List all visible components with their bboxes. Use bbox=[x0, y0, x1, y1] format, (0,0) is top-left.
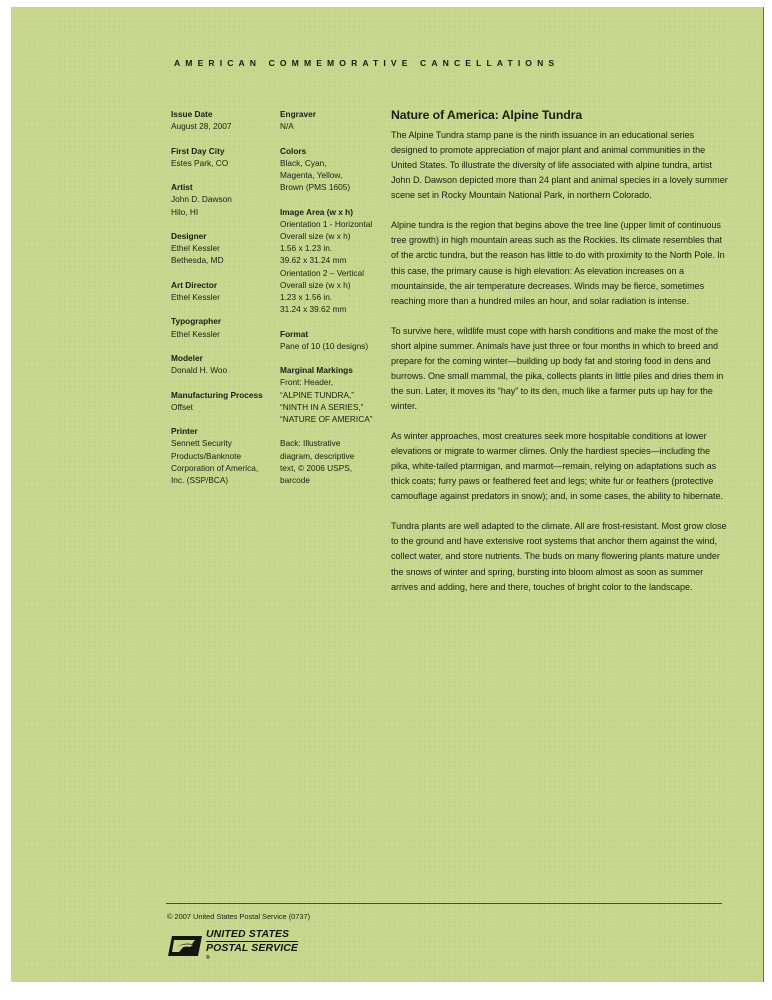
detail-value: Black, Cyan, Magenta, Yellow, Brown (PMS… bbox=[280, 157, 392, 194]
detail-field: DesignerEthel Kessler Bethesda, MD bbox=[171, 230, 279, 267]
footer-divider bbox=[166, 903, 722, 904]
detail-label: Modeler bbox=[171, 352, 279, 364]
details-column-middle: EngraverN/AColorsBlack, Cyan, Magenta, Y… bbox=[280, 108, 392, 498]
detail-field: Issue DateAugust 28, 2007 bbox=[171, 108, 279, 132]
article: Nature of America: Alpine Tundra The Alp… bbox=[391, 108, 731, 610]
detail-label: First Day City bbox=[171, 145, 279, 157]
detail-field: PrinterSennett Security Products/Banknot… bbox=[171, 425, 279, 486]
logo-line-2: POSTAL SERVICE® bbox=[206, 943, 298, 964]
detail-field: ArtistJohn D. Dawson Hilo, HI bbox=[171, 181, 279, 218]
detail-value: Donald H. Woo bbox=[171, 364, 279, 376]
detail-value: Offset bbox=[171, 401, 279, 413]
detail-field: Image Area (w x h)Orientation 1 - Horizo… bbox=[280, 206, 392, 316]
series-header: AMERICAN COMMEMORATIVE CANCELLATIONS bbox=[174, 58, 634, 68]
detail-value: August 28, 2007 bbox=[171, 120, 279, 132]
detail-label: Colors bbox=[280, 145, 392, 157]
article-title: Nature of America: Alpine Tundra bbox=[391, 108, 731, 122]
copyright-notice: © 2007 United States Postal Service (073… bbox=[167, 912, 310, 921]
detail-label: Typographer bbox=[171, 315, 279, 327]
detail-field: First Day CityEstes Park, CO bbox=[171, 145, 279, 169]
detail-label: Artist bbox=[171, 181, 279, 193]
detail-value: Pane of 10 (10 designs) bbox=[280, 340, 392, 352]
detail-label: Designer bbox=[171, 230, 279, 242]
detail-field: TypographerEthel Kessler bbox=[171, 315, 279, 339]
detail-field: ColorsBlack, Cyan, Magenta, Yellow, Brow… bbox=[280, 145, 392, 194]
article-paragraph: As winter approaches, most creatures see… bbox=[391, 429, 731, 504]
detail-label: Marginal Markings bbox=[280, 364, 392, 376]
detail-label: Manufacturing Process bbox=[171, 389, 279, 401]
detail-field: FormatPane of 10 (10 designs) bbox=[280, 328, 392, 352]
article-paragraph: The Alpine Tundra stamp pane is the nint… bbox=[391, 128, 731, 203]
detail-value: Ethel Kessler Bethesda, MD bbox=[171, 242, 279, 266]
detail-field: Art DirectorEthel Kessler bbox=[171, 279, 279, 303]
detail-value: Ethel Kessler bbox=[171, 328, 279, 340]
usps-logo: UNITED STATES POSTAL SERVICE® bbox=[168, 929, 298, 964]
eagle-head-icon bbox=[168, 935, 202, 957]
article-paragraph: Tundra plants are well adapted to the cl… bbox=[391, 519, 731, 594]
detail-label: Art Director bbox=[171, 279, 279, 291]
detail-label: Engraver bbox=[280, 108, 392, 120]
detail-field: EngraverN/A bbox=[280, 108, 392, 132]
article-paragraph: To survive here, wildlife must cope with… bbox=[391, 324, 731, 415]
detail-value: Estes Park, CO bbox=[171, 157, 279, 169]
logo-line-2-text: POSTAL SERVICE bbox=[206, 942, 298, 954]
detail-value: Sennett Security Products/Banknote Corpo… bbox=[171, 437, 279, 486]
detail-value: N/A bbox=[280, 120, 392, 132]
detail-label: Image Area (w x h) bbox=[280, 206, 392, 218]
article-paragraph: Alpine tundra is the region that begins … bbox=[391, 218, 731, 309]
detail-field: Manufacturing ProcessOffset bbox=[171, 389, 279, 413]
detail-value: John D. Dawson Hilo, HI bbox=[171, 193, 279, 217]
detail-value: Ethel Kessler bbox=[171, 291, 279, 303]
detail-field: Marginal MarkingsFront: Header, “ALPINE … bbox=[280, 364, 392, 486]
detail-label: Printer bbox=[171, 425, 279, 437]
usps-wordmark: UNITED STATES POSTAL SERVICE® bbox=[206, 929, 298, 964]
detail-label: Issue Date bbox=[171, 108, 279, 120]
detail-field: ModelerDonald H. Woo bbox=[171, 352, 279, 376]
detail-value: Front: Header, “ALPINE TUNDRA,” “NINTH I… bbox=[280, 376, 392, 486]
logo-line-1: UNITED STATES bbox=[206, 929, 298, 942]
document-page: AMERICAN COMMEMORATIVE CANCELLATIONS Iss… bbox=[11, 7, 763, 982]
detail-label: Format bbox=[280, 328, 392, 340]
details-column-left: Issue DateAugust 28, 2007First Day CityE… bbox=[171, 108, 279, 498]
registered-mark: ® bbox=[206, 953, 298, 964]
detail-value: Orientation 1 - Horizontal Overall size … bbox=[280, 218, 392, 316]
